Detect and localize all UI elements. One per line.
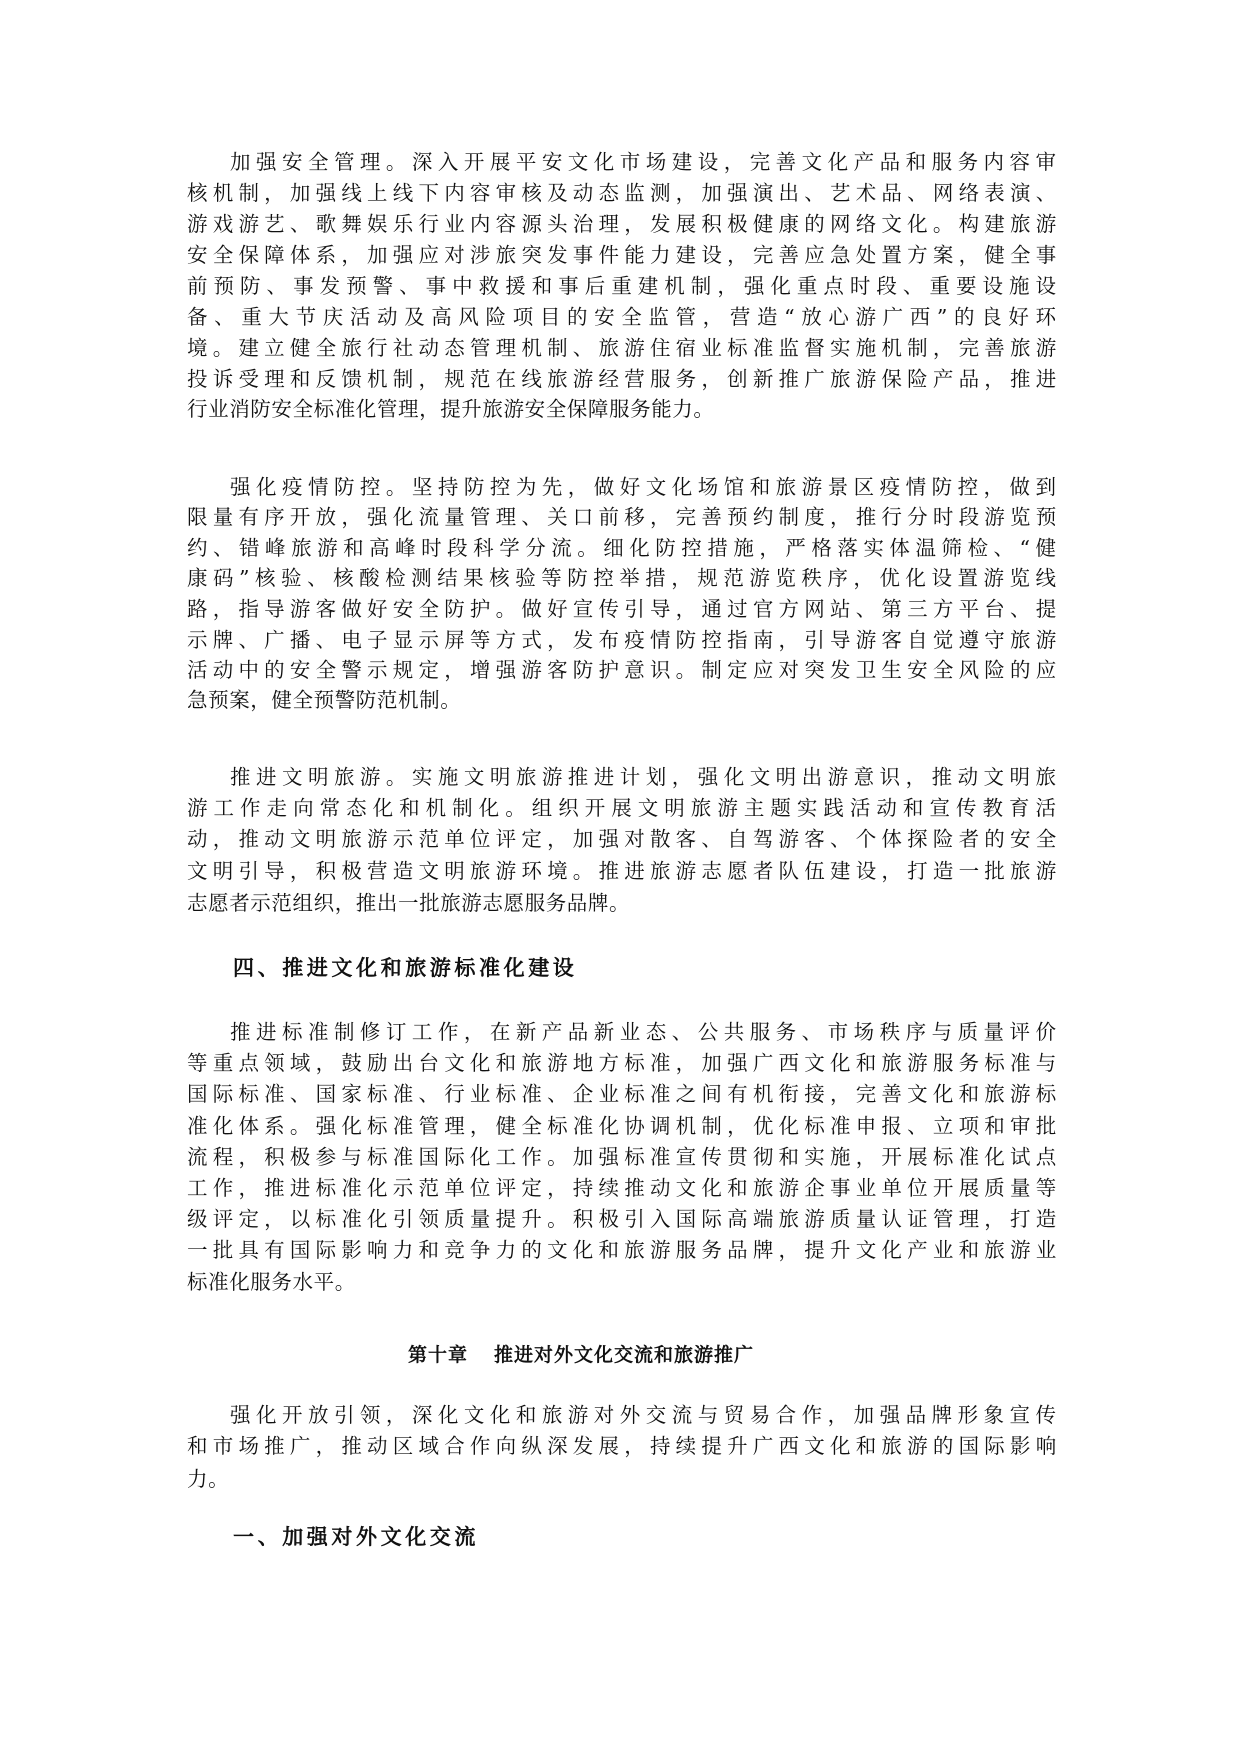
section-heading: 四、推进文化和旅游标准化建设 — [233, 953, 577, 983]
paragraph-line: 推进标准制修订工作，在新产品新业态、公共服务、市场秩序与质量评价 — [230, 1017, 1057, 1047]
paragraph-line: 投诉受理和反馈机制，规范在线旅游经营服务，创新推广旅游保险产品，推进 — [187, 364, 1057, 394]
paragraph-line: 约、错峰旅游和高峰时段科学分流。细化防控措施，严格落实体温筛检、“健 — [187, 533, 1057, 563]
chapter-number: 第十章 — [408, 1344, 468, 1366]
paragraph-line: 核机制，加强线上线下内容审核及动态监测，加强演出、艺术品、网络表演、 — [187, 178, 1057, 208]
paragraph-line: 准化体系。强化标准管理，健全标准化协调机制，优化标准申报、立项和审批 — [187, 1111, 1057, 1141]
paragraph-line: 路，指导游客做好安全防护。做好宣传引导，通过官方网站、第三方平台、提 — [187, 594, 1057, 624]
paragraph-line: 工作，推进标准化示范单位评定，持续推动文化和旅游企事业单位开展质量等 — [187, 1173, 1057, 1203]
paragraph-line: 备、重大节庆活动及高风险项目的安全监管，营造“放心游广西”的良好环 — [187, 302, 1057, 332]
paragraph-line: 一批具有国际影响力和竞争力的文化和旅游服务品牌，提升文化产业和旅游业 — [187, 1235, 1057, 1265]
paragraph-line: 急预案，健全预警防范机制。 — [187, 685, 1057, 715]
paragraph-line: 国际标准、国家标准、行业标准、企业标准之间有机衔接，完善文化和旅游标 — [187, 1079, 1057, 1109]
paragraph-line: 境。建立健全旅行社动态管理机制、旅游住宿业标准监督实施机制，完善旅游 — [187, 333, 1057, 363]
paragraph-line: 游工作走向常态化和机制化。组织开展文明旅游主题实践活动和宣传教育活 — [187, 793, 1057, 823]
chapter-heading: 第十章推进对外文化交流和旅游推广 — [408, 1340, 754, 1370]
paragraph-line: 加强安全管理。深入开展平安文化市场建设，完善文化产品和服务内容审 — [230, 147, 1057, 177]
paragraph-line: 级评定，以标准化引领质量提升。积极引入国际高端旅游质量认证管理，打造 — [187, 1204, 1057, 1234]
paragraph-line: 前预防、事发预警、事中救援和事后重建机制，强化重点时段、重要设施设 — [187, 271, 1057, 301]
paragraph-line: 游戏游艺、歌舞娱乐行业内容源头治理，发展积极健康的网络文化。构建旅游 — [187, 209, 1057, 239]
paragraph-line: 文明引导，积极营造文明旅游环境。推进旅游志愿者队伍建设，打造一批旅游 — [187, 856, 1057, 886]
paragraph-line: 活动中的安全警示规定，增强游客防护意识。制定应对突发卫生安全风险的应 — [187, 655, 1057, 685]
paragraph-line: 推进文明旅游。实施文明旅游推进计划，强化文明出游意识，推动文明旅 — [230, 762, 1057, 792]
paragraph-line: 志愿者示范组织，推出一批旅游志愿服务品牌。 — [187, 888, 1057, 918]
paragraph-line: 等重点领域，鼓励出台文化和旅游地方标准，加强广西文化和旅游服务标准与 — [187, 1048, 1057, 1078]
paragraph-line: 限量有序开放，强化流量管理、关口前移，完善预约制度，推行分时段游览预 — [187, 502, 1057, 532]
paragraph-line: 强化开放引领，深化文化和旅游对外交流与贸易合作，加强品牌形象宣传 — [230, 1400, 1057, 1430]
paragraph-line: 强化疫情防控。坚持防控为先，做好文化场馆和旅游景区疫情防控，做到 — [230, 472, 1057, 502]
paragraph-line: 力。 — [187, 1464, 1057, 1494]
paragraph-line: 康码”核验、核酸检测结果核验等防控举措，规范游览秩序，优化设置游览线 — [187, 563, 1057, 593]
chapter-title: 推进对外文化交流和旅游推广 — [494, 1344, 754, 1366]
paragraph-line: 和市场推广，推动区域合作向纵深发展，持续提升广西文化和旅游的国际影响 — [187, 1431, 1057, 1461]
paragraph-line: 流程，积极参与标准国际化工作。加强标准宣传贯彻和实施，开展标准化试点 — [187, 1142, 1057, 1172]
paragraph-line: 动，推动文明旅游示范单位评定，加强对散客、自驾游客、个体探险者的安全 — [187, 824, 1057, 854]
document-page: 加强安全管理。深入开展平安文化市场建设，完善文化产品和服务内容审 核机制，加强线… — [0, 0, 1241, 1755]
paragraph-line: 标准化服务水平。 — [187, 1267, 1057, 1297]
paragraph-line: 行业消防安全标准化管理，提升旅游安全保障服务能力。 — [187, 394, 1057, 424]
paragraph-line: 示牌、广播、电子显示屏等方式，发布疫情防控指南，引导游客自觉遵守旅游 — [187, 625, 1057, 655]
section-heading: 一、加强对外文化交流 — [233, 1522, 479, 1552]
paragraph-line: 安全保障体系，加强应对涉旅突发事件能力建设，完善应急处置方案，健全事 — [187, 240, 1057, 270]
